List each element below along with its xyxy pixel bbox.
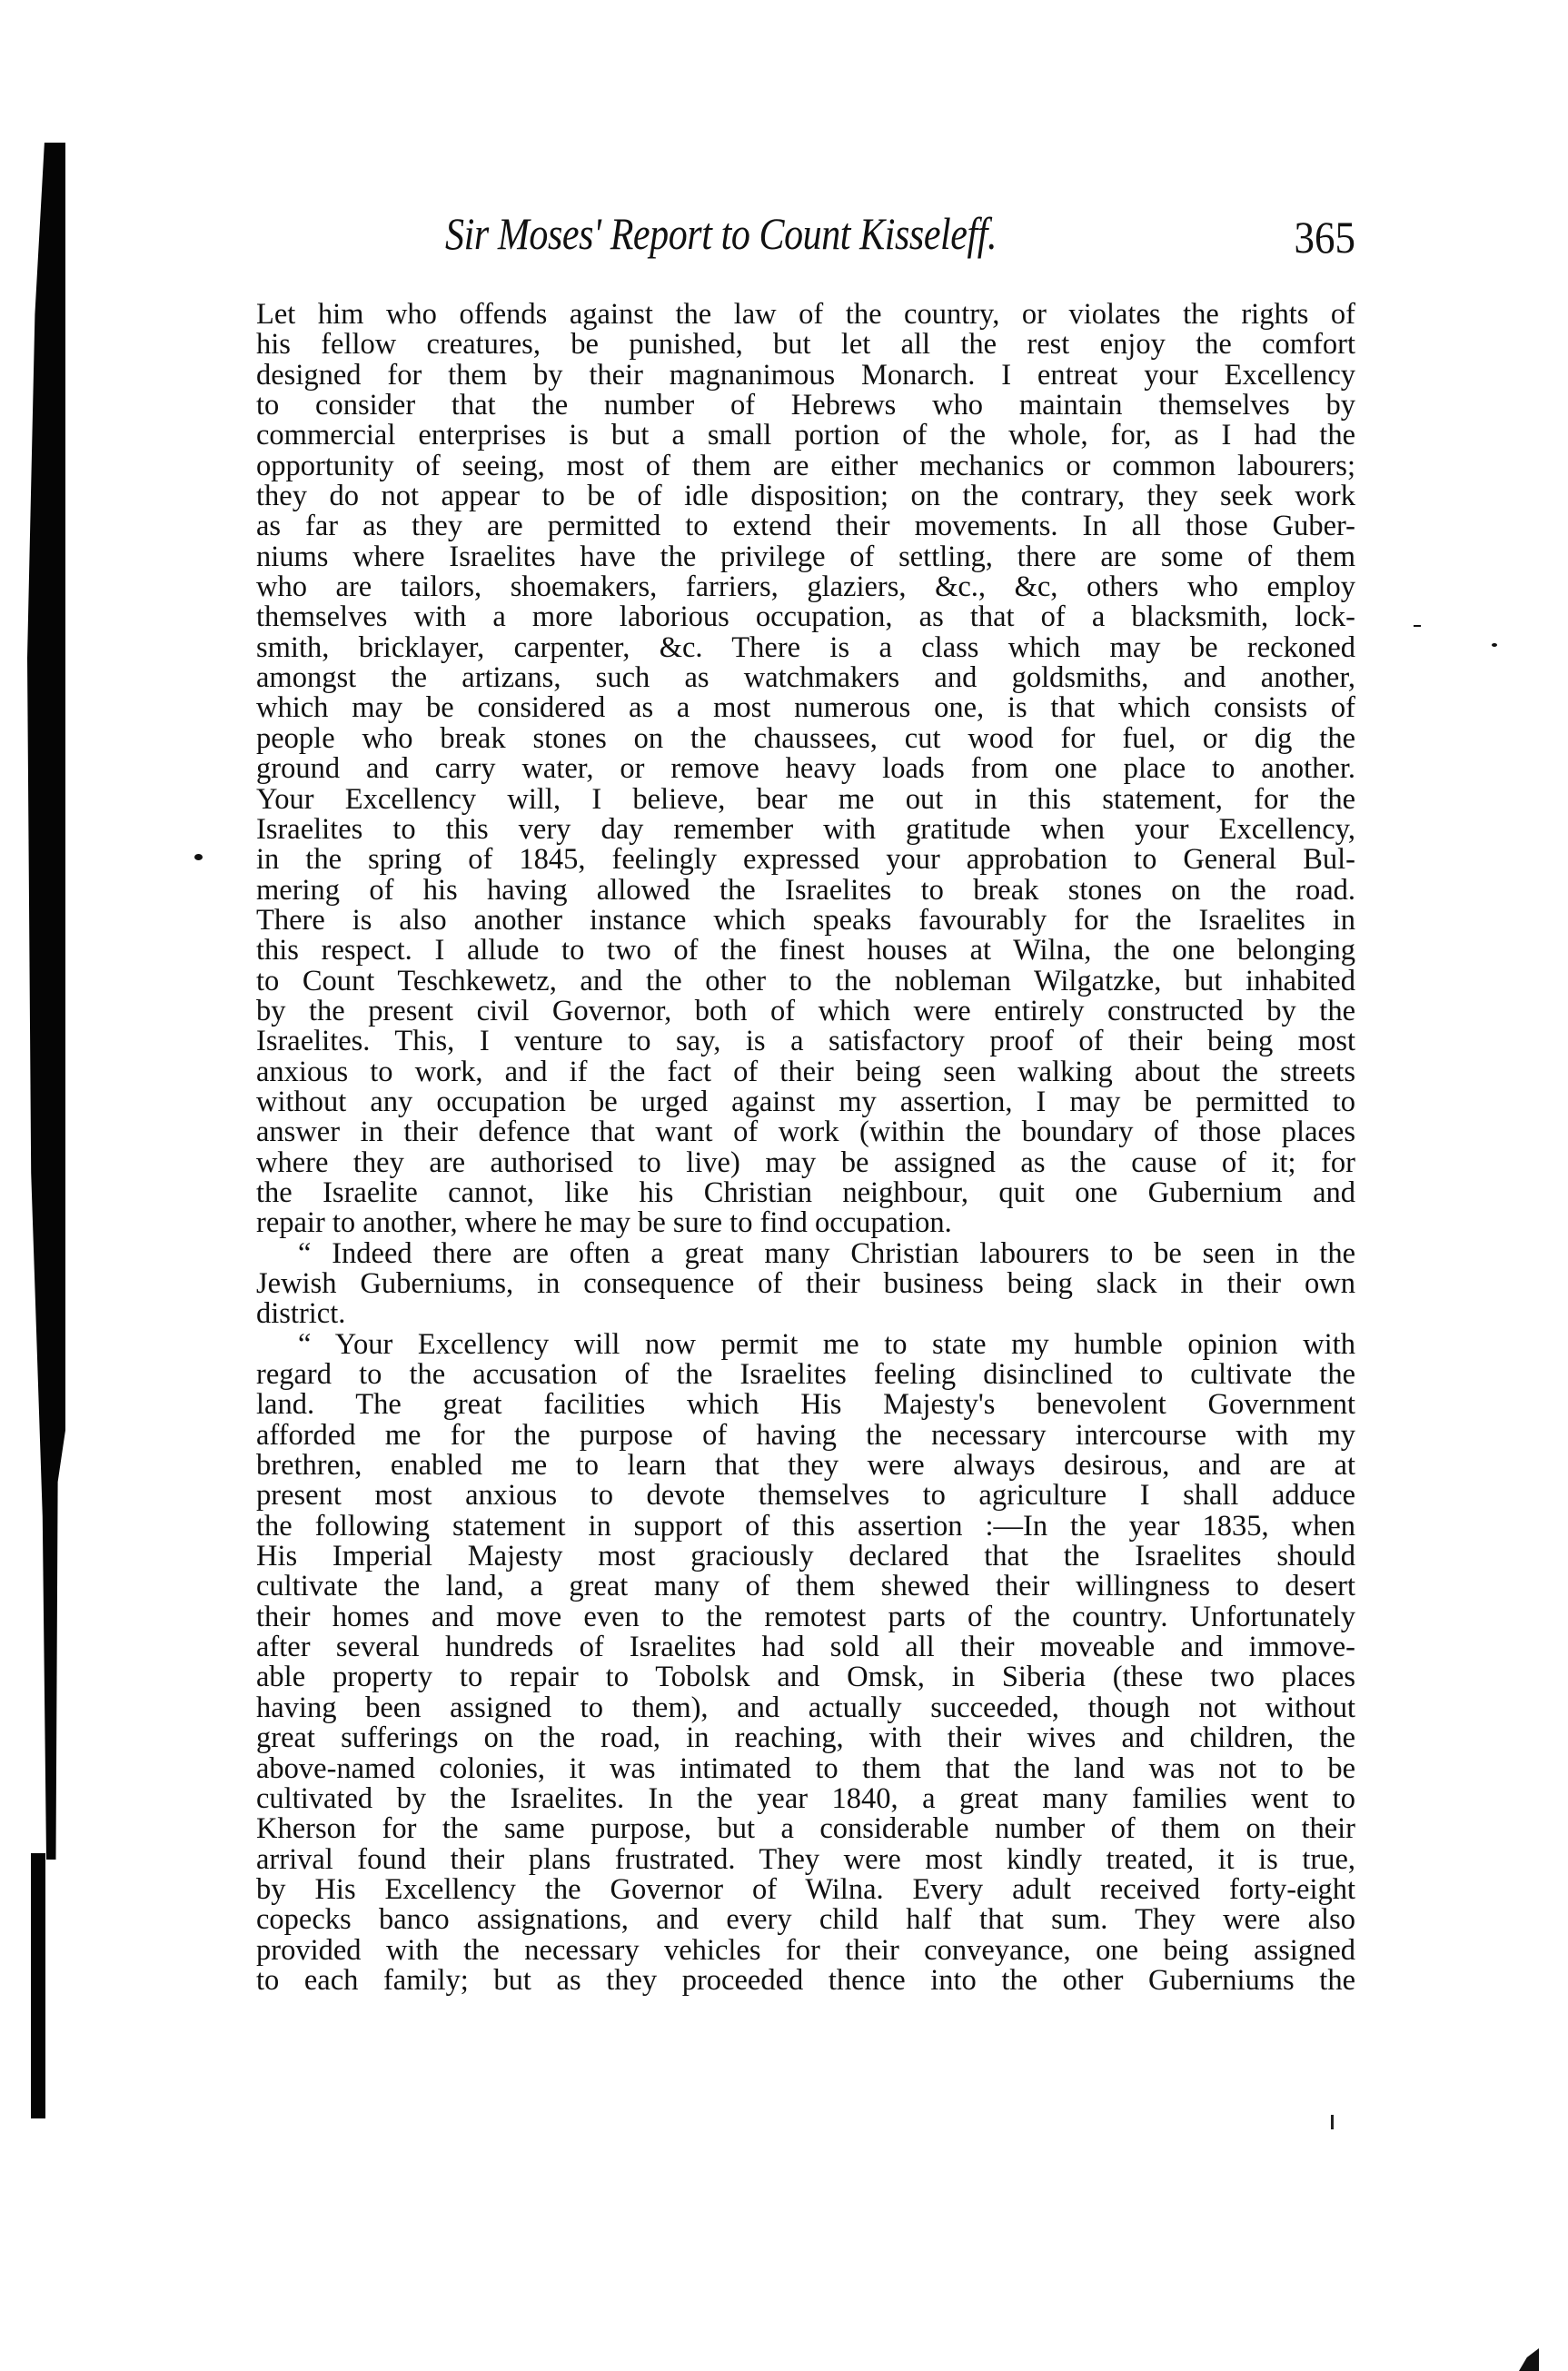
text-line: Israelites to this very day remember wit…	[256, 815, 1355, 845]
text-line: repair to another, where he may be sure …	[256, 1208, 1355, 1238]
text-line: which may be considered as a most numero…	[256, 693, 1355, 723]
text-line: by His Excellency the Governor of Wilna.…	[256, 1875, 1355, 1905]
text-line: having been assigned to them), and actua…	[256, 1693, 1355, 1723]
text-line: without any occupation be urged against …	[256, 1087, 1355, 1117]
text-line: the following statement in support of th…	[256, 1512, 1355, 1542]
text-line: designed for them by their magnanimous M…	[256, 361, 1355, 391]
text-line: brethren, enabled me to learn that they …	[256, 1451, 1355, 1481]
text-line: Kherson for the same purpose, but a cons…	[256, 1814, 1355, 1844]
text-line: ground and carry water, or remove heavy …	[256, 754, 1355, 784]
body-text: Let him who offends against the law of t…	[256, 300, 1355, 1996]
text-line: they do not appear to be of idle disposi…	[256, 481, 1355, 511]
page-number: 365	[1295, 211, 1356, 263]
text-line: “ Your Excellency will now permit me to …	[256, 1330, 1355, 1360]
text-line: in the spring of 1845, feelingly express…	[256, 845, 1355, 875]
page-corner-mark	[1519, 2348, 1539, 2371]
text-line: who are tailors, shoemakers, farriers, g…	[256, 572, 1355, 602]
text-line: people who break stones on the chaussees…	[256, 724, 1355, 754]
print-speck	[194, 854, 203, 860]
running-title: Sir Moses' Report to Count Kisseleff.	[445, 207, 997, 260]
text-line: There is also another instance which spe…	[256, 906, 1355, 936]
text-line: by the present civil Governor, both of w…	[256, 997, 1355, 1027]
print-speck	[1414, 625, 1421, 627]
text-line: arrival found their plans frustrated. Th…	[256, 1845, 1355, 1875]
text-line: smith, bricklayer, carpenter, &c. There …	[256, 633, 1355, 663]
text-line: Your Excellency will, I believe, bear me…	[256, 785, 1355, 815]
text-line: this respect. I allude to two of the fin…	[256, 936, 1355, 966]
text-line: their homes and move even to the remotes…	[256, 1602, 1355, 1632]
text-line: opportunity of seeing, most of them are …	[256, 451, 1355, 481]
text-line: as far as they are permitted to extend t…	[256, 511, 1355, 541]
text-line: answer in their defence that want of wor…	[256, 1117, 1355, 1147]
text-line: district.	[256, 1299, 1355, 1329]
text-line: afforded me for the purpose of having th…	[256, 1421, 1355, 1451]
text-line: present most anxious to devote themselve…	[256, 1481, 1355, 1511]
text-line: Jewish Guberniums, in consequence of the…	[256, 1269, 1355, 1299]
text-line: copecks banco assignations, and every ch…	[256, 1905, 1355, 1935]
text-line: Let him who offends against the law of t…	[256, 300, 1355, 330]
text-line: regard to the accusation of the Israelit…	[256, 1360, 1355, 1390]
text-line: land. The great facilities which His Maj…	[256, 1390, 1355, 1420]
text-line: after several hundreds of Israelites had…	[256, 1632, 1355, 1662]
text-line: mering of his having allowed the Israeli…	[256, 876, 1355, 906]
text-line: to consider that the number of Hebrews w…	[256, 391, 1355, 421]
text-line: to each family; but as they proceeded th…	[256, 1966, 1355, 1996]
text-line: great sufferings on the road, in reachin…	[256, 1723, 1355, 1753]
text-line: commercial enterprises is but a small po…	[256, 421, 1355, 451]
text-line: able property to repair to Tobolsk and O…	[256, 1662, 1355, 1692]
text-line: “ Indeed there are often a great many Ch…	[256, 1239, 1355, 1269]
text-line: his fellow creatures, be punished, but l…	[256, 330, 1355, 360]
text-line: His Imperial Majesty most graciously dec…	[256, 1542, 1355, 1572]
binding-shadow-tail	[31, 1853, 45, 2118]
text-line: above-named colonies, it was intimated t…	[256, 1754, 1355, 1784]
text-line: provided with the necessary vehicles for…	[256, 1936, 1355, 1966]
text-line: themselves with a more laborious occupat…	[256, 602, 1355, 632]
running-head: Sir Moses' Report to Count Kisseleff. 36…	[438, 207, 1355, 271]
text-line: cultivate the land, a great many of them…	[256, 1572, 1355, 1602]
text-line: anxious to work, and if the fact of thei…	[256, 1057, 1355, 1087]
text-line: amongst the artizans, such as watchmaker…	[256, 663, 1355, 693]
text-line: the Israelite cannot, like his Christian…	[256, 1178, 1355, 1208]
print-speck	[1492, 643, 1497, 647]
text-line: cultivated by the Israelites. In the yea…	[256, 1784, 1355, 1814]
text-line: Israelites. This, I venture to say, is a…	[256, 1027, 1355, 1057]
text-line: to Count Teschkewetz, and the other to t…	[256, 967, 1355, 997]
print-speck	[1331, 2115, 1334, 2129]
binding-shadow	[27, 143, 65, 1860]
text-line: where they are authorised to live) may b…	[256, 1148, 1355, 1178]
text-line: niums where Israelites have the privileg…	[256, 542, 1355, 572]
